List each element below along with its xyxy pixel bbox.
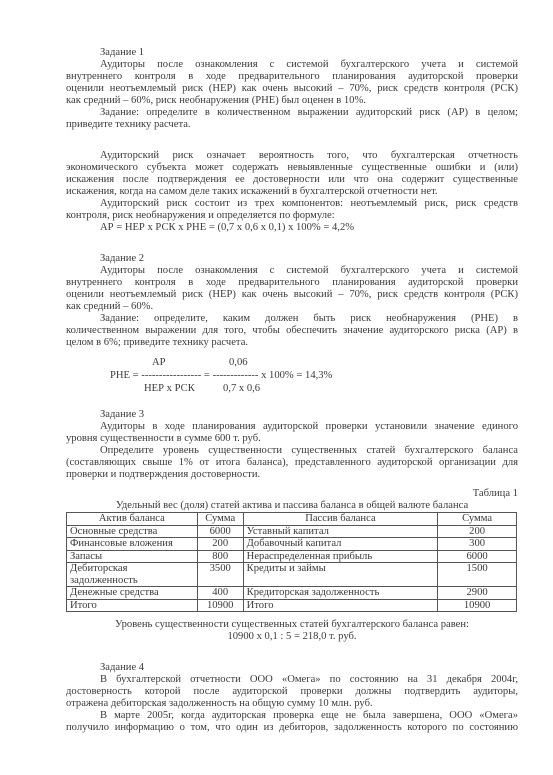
liability-total-sum: 10900	[438, 599, 517, 612]
task3-text-line: уровня существенности в сумме 600 т. руб…	[66, 433, 518, 445]
asset-name: Основные средства	[67, 525, 198, 538]
table-row: Запасы 800 Нераспределенная прибыль 6000	[67, 550, 517, 563]
task2-question-line: Задание: определите, каким должен быть р…	[66, 313, 518, 325]
task2-text-line: внутреннего контроля в ходе предваритель…	[66, 277, 518, 289]
formula-denominator-right: 0,7 x 0,6	[223, 383, 260, 395]
table-total-row: Итого 10900 Итого 10900	[67, 599, 517, 612]
formula-fraction-bar: -------------	[213, 370, 259, 381]
liability-name: Добавочный капитал	[243, 538, 438, 551]
task1-answer-line: экономического субъекта может содержать …	[66, 162, 518, 174]
liability-name: Кредиты и займы	[243, 563, 438, 587]
liability-sum: 300	[438, 538, 517, 551]
formula-result: x 100% = 14,3%	[258, 370, 332, 381]
task1-title: Задание 1	[66, 47, 552, 59]
task4-text-line: В марте 2005г, когда аудиторская проверк…	[66, 710, 518, 722]
table-caption: Удельный вес (доля) статей актива и пасс…	[66, 500, 518, 512]
formula-numerator-left: АР	[152, 357, 166, 369]
header-assets: Актив баланса	[67, 513, 198, 526]
table-row: Дебиторская задолженность 3500 Кредиты и…	[67, 563, 517, 587]
header-liabilities-sum: Сумма	[438, 513, 517, 526]
liability-sum: 1500	[438, 563, 517, 587]
task1-answer-line: Аудиторский риск означает вероятность то…	[66, 150, 518, 162]
task2-text-line: как средний – 60%.	[66, 301, 518, 313]
asset-name: Запасы	[67, 550, 198, 563]
liability-sum: 6000	[438, 550, 517, 563]
liability-name: Уставный капитал	[243, 525, 438, 538]
asset-name: Финансовые вложения	[67, 538, 198, 551]
task1-text-line: внутреннего контроля в ходе предваритель…	[66, 71, 518, 83]
liability-total-label: Итого	[243, 599, 438, 612]
task2-text-line: оценили неотъемлемый риск (НЕР) как очен…	[66, 289, 518, 301]
asset-name: Денежные средства	[67, 587, 198, 600]
task1-text-line: оценили неотъемлемый риск (НЕР) как очен…	[66, 83, 518, 95]
task1-text-line: Аудиторы после ознакомления с системой б…	[66, 59, 518, 71]
asset-total-sum: 10900	[197, 599, 243, 612]
table-header-row: Актив баланса Сумма Пассив баланса Сумма	[67, 513, 517, 526]
liability-sum: 2900	[438, 587, 517, 600]
liability-name: Кредиторская задолженность	[243, 587, 438, 600]
formula-lhs: РНЕ = ----------------- = ------------- …	[110, 370, 332, 382]
asset-name: Дебиторская задолженность	[67, 563, 198, 587]
task2-title: Задание 2	[66, 253, 552, 265]
task1-answer-line: контроля, риск необнаружения и определяе…	[66, 210, 518, 222]
task4-title: Задание 4	[66, 662, 552, 674]
task1-question-line: Задание: определите в количественном выр…	[66, 107, 518, 119]
task1-text-line: как средний – 60%, риск необнаружения (Р…	[66, 95, 518, 107]
table-label: Таблица 1	[66, 488, 518, 500]
liability-sum: 200	[438, 525, 517, 538]
task4-text-line: отражена дебиторская задолженность на об…	[66, 698, 518, 710]
task3-text-line: (составляющих свыше 1% от итога баланса)…	[66, 457, 518, 469]
task4-text-line: В бухгалтерской отчетности ООО «Омега» п…	[66, 674, 518, 686]
task1-formula: АР = НЕР x РСК x РНЕ = (0,7 x 0,6 x 0,1)…	[66, 222, 552, 234]
table-row: Денежные средства 400 Кредиторская задол…	[67, 587, 517, 600]
table-row: Основные средства 6000 Уставный капитал …	[67, 525, 517, 538]
task2-question-line: количественном выражении для того, чтобы…	[66, 325, 518, 337]
formula-lhs-text: РНЕ =	[110, 370, 141, 381]
asset-total-label: Итого	[67, 599, 198, 612]
task3-text-line: Аудиторы в ходе планирования аудиторской…	[66, 421, 518, 433]
task1-answer-line: Аудиторский риск состоит из трех компоне…	[66, 198, 518, 210]
asset-sum: 6000	[197, 525, 243, 538]
task4-text-line: достоверность которой после аудиторской …	[66, 686, 518, 698]
task1-answer-line: искажения, когда на самом деле таких иск…	[66, 186, 518, 198]
task3-text-line: проверки и подтверждения достоверности.	[66, 469, 518, 481]
asset-sum: 800	[197, 550, 243, 563]
table-row: Финансовые вложения 200 Добавочный капит…	[67, 538, 517, 551]
task4-text-line: получило информацию о том, что один из д…	[66, 722, 518, 734]
formula-equals: =	[201, 370, 212, 381]
task1-question-line: приведите технику расчета.	[66, 119, 518, 131]
task1-answer-line: искажения после подтверждения ее достове…	[66, 174, 518, 186]
header-liabilities: Пассив баланса	[243, 513, 438, 526]
header-assets-sum: Сумма	[197, 513, 243, 526]
task3-result-line: Уровень существенности существенных стат…	[66, 619, 518, 631]
task3-result-formula: 10900 x 0,1 : 5 = 218,0 т. руб.	[66, 631, 518, 643]
asset-sum: 400	[197, 587, 243, 600]
formula-fraction-bar: -----------------	[141, 370, 201, 381]
formula-denominator-left: НЕР x РСК	[144, 383, 195, 395]
formula-numerator-right: 0,06	[229, 357, 248, 369]
asset-sum: 3500	[197, 563, 243, 587]
task2-text-line: Аудиторы после ознакомления с системой б…	[66, 265, 518, 277]
task3-title: Задание 3	[66, 409, 552, 421]
task2-question-line: целом в 6%; приведите технику расчета.	[66, 337, 518, 349]
liability-name: Нераспределенная прибыль	[243, 550, 438, 563]
task3-text-line: Определите уровень существенности сущест…	[66, 445, 518, 457]
asset-sum: 200	[197, 538, 243, 551]
balance-table: Актив баланса Сумма Пассив баланса Сумма…	[66, 512, 517, 612]
